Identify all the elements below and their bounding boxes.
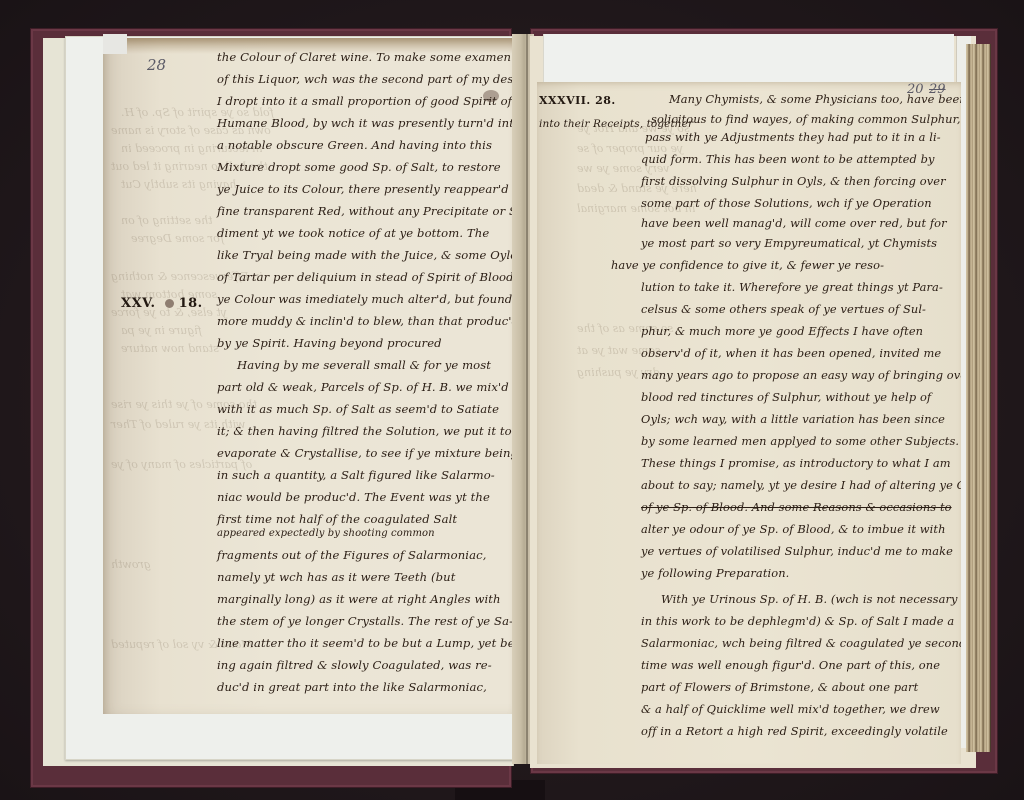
paragraph-start-line: With ye Urinous Sp. of H. B. (wch is not… <box>661 592 958 606</box>
text-line: have ye confidence to give it, & fewer y… <box>611 258 884 272</box>
text-line: lution to take it. Wherefore ye great th… <box>641 280 943 294</box>
text-line: many years ago to propose an easy way of… <box>641 368 961 382</box>
stacked-page-edges <box>966 44 991 752</box>
left-page-text-continued <box>103 38 515 714</box>
text-line: blood red tinctures of Sulphur, without … <box>641 390 931 404</box>
text-line: Oyls; wch way, with a little variation h… <box>641 412 945 426</box>
text-line: observ'd of it, when it has been opened,… <box>641 346 941 360</box>
right-manuscript-leaf: so ye we and Hot ye ye our proper of se … <box>537 82 961 764</box>
text-line: part of Flowers of Brimstone, & about on… <box>641 680 918 694</box>
text-line: ye following Preparation. <box>641 566 789 580</box>
text-line: first dissolving Sulphur in Oyls, & then… <box>641 174 946 188</box>
text-line: & a half of Quicklime well mix'd togethe… <box>641 702 940 716</box>
text-line: off in a Retort a high red Spirit, excee… <box>641 724 948 738</box>
section-roman-numeral: XXXVII. <box>539 94 591 107</box>
text-line: ye vertues of volatilised Sulphur, induc… <box>641 544 953 558</box>
text-line: These things I promise, as introductory … <box>641 456 951 470</box>
text-line: quid form. This has been wont to be atte… <box>641 152 935 166</box>
paragraph-start-line: Many Chymists, & some Physicians too, ha… <box>669 92 961 106</box>
right-mount-card <box>543 34 954 84</box>
text-line: about to say; namely, yt ye desire I had… <box>641 478 961 492</box>
text-line: some part of those Solutions, wch if ye … <box>641 196 932 210</box>
text-line: time was well enough figur'd. One part o… <box>641 658 940 672</box>
text-line: alter ye odour of ye Sp. of Blood, & to … <box>641 522 946 536</box>
spine-fold <box>526 34 528 764</box>
text-line-deleted: of ye Sp. of Blood. And some Reasons & o… <box>641 500 952 514</box>
section-marker: XXXVII. 28. <box>539 94 616 107</box>
text-line: celsus & some others speak of ye vertues… <box>641 302 926 316</box>
section-arabic-number: 28. <box>595 94 616 107</box>
text-line: ye most part so very Empyreumatical, yt … <box>641 236 937 250</box>
text-line: by some learned men applyed to some othe… <box>641 434 959 448</box>
text-line: have been well manag'd, will come over r… <box>641 216 947 230</box>
text-line: pass with ye Adjustments they had put to… <box>645 130 941 144</box>
text-line: phur, & much more ye good Effects I have… <box>641 324 923 338</box>
text-line: Salarmoniac, wch being filtred & coagula… <box>641 636 961 650</box>
text-line: solicitous to find wayes, of making comm… <box>651 112 961 126</box>
text-line: in this work to be dephlegm'd) & Sp. of … <box>641 614 954 628</box>
